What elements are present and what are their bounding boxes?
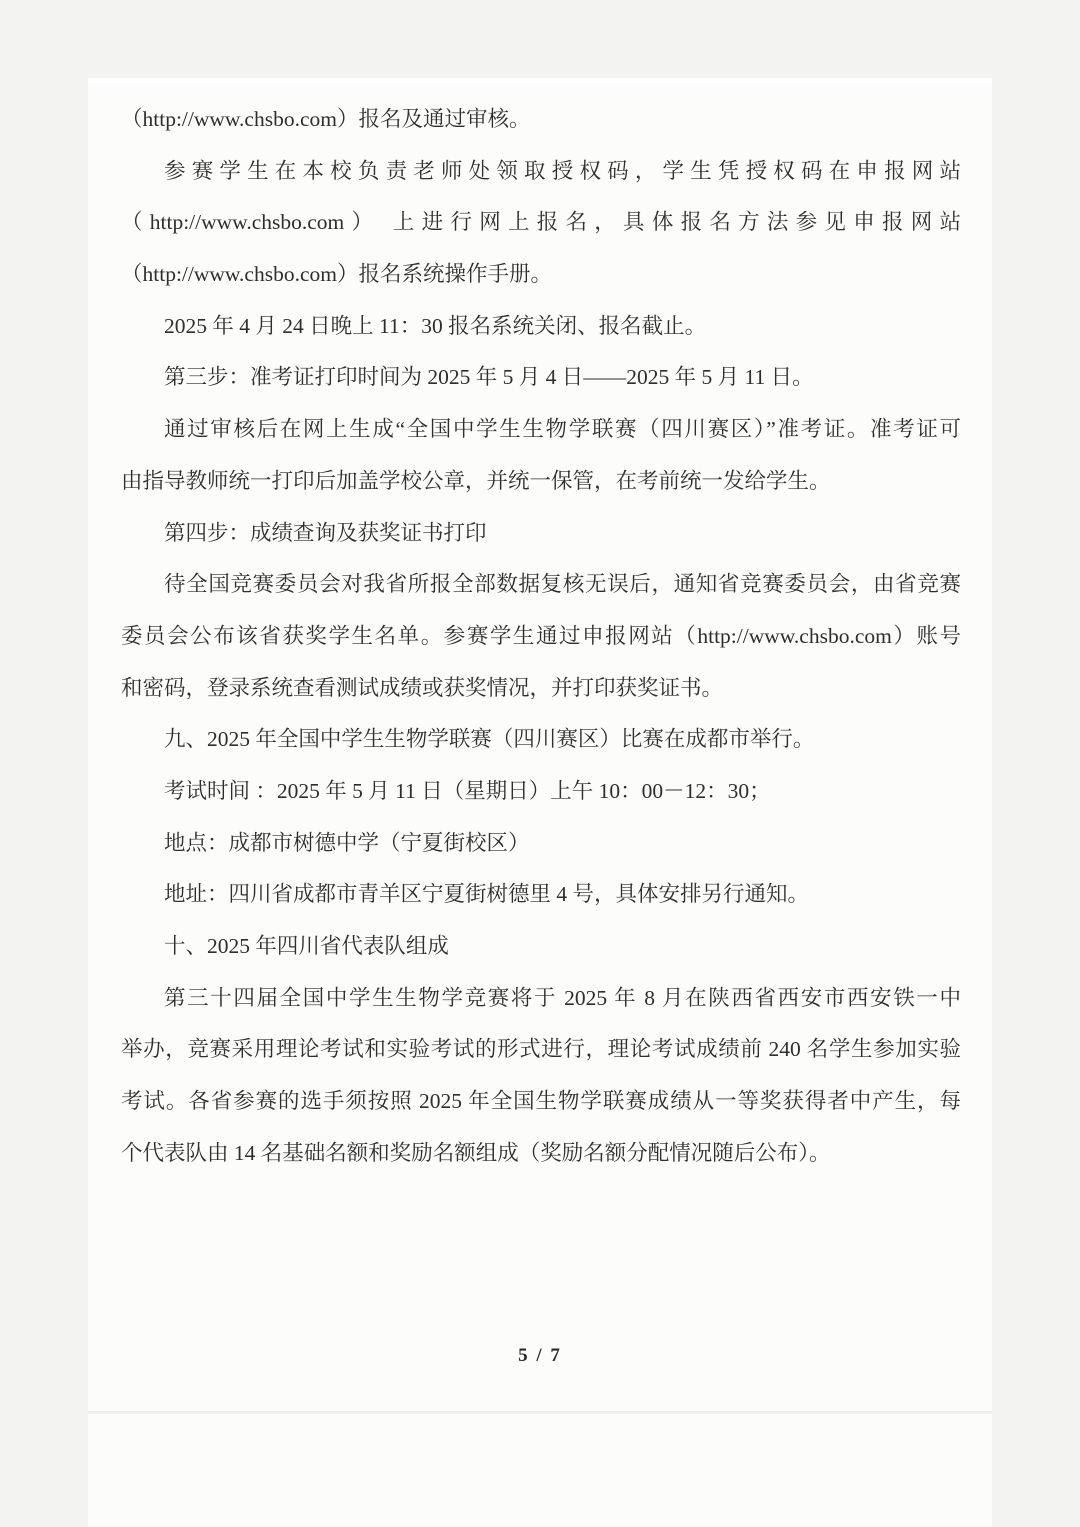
page-content: （http://www.chsbo.com）报名及通过审核。 参赛学生在本校负责… <box>121 94 961 1179</box>
text-line: 举办，竞赛采用理论考试和实验考试的形式进行，理论考试成绩前 240 名学生参加实… <box>121 1024 961 1076</box>
text-line: （http://www.chsbo.com）报名系统操作手册。 <box>121 249 961 301</box>
document-page: （http://www.chsbo.com）报名及通过审核。 参赛学生在本校负责… <box>88 78 992 1527</box>
text-line: 地点：成都市树德中学（宁夏街校区） <box>121 818 961 870</box>
document-viewer: （http://www.chsbo.com）报名及通过审核。 参赛学生在本校负责… <box>0 0 1080 1527</box>
text-line: 和密码，登录系统查看测试成绩或获奖情况，并打印获奖证书。 <box>121 663 961 715</box>
page-top-edge <box>88 78 992 85</box>
text-line: 考试。各省参赛的选手须按照 2025 年全国生物学联赛成绩从一等奖获得者中产生，… <box>121 1076 961 1128</box>
text-line: 第四步：成绩查询及获奖证书打印 <box>121 508 961 560</box>
text-line: 十、2025 年四川省代表队组成 <box>121 921 961 973</box>
text-line: 个代表队由 14 名基础名额和奖励名额组成（奖励名额分配情况随后公布）。 <box>121 1128 961 1180</box>
text-line: 地址：四川省成都市青羊区宁夏街树德里 4 号，具体安排另行通知。 <box>121 869 961 921</box>
text-line: （http://www.chsbo.com）报名及通过审核。 <box>121 94 961 146</box>
text-line: 九、2025 年全国中学生生物学联赛（四川赛区）比赛在成都市举行。 <box>121 714 961 766</box>
text-line: 参赛学生在本校负责老师处领取授权码，学生凭授权码在申报网站 <box>121 146 961 198</box>
text-line: （http://www.chsbo.com） 上进行网上报名，具体报名方法参见申… <box>121 197 961 249</box>
text-line: 第三步：准考证打印时间为 2025 年 5 月 4 日——2025 年 5 月 … <box>121 352 961 404</box>
text-line: 考试时间 ：2025 年 5 月 11 日（星期日）上午 10：00－12：30… <box>121 766 961 818</box>
text-line: 2025 年 4 月 24 日晚上 11：30 报名系统关闭、报名截止。 <box>121 301 961 353</box>
text-line: 待全国竞赛委员会对我省所报全部数据复核无误后，通知省竞赛委员会，由省竞赛 <box>121 559 961 611</box>
text-line: 第三十四届全国中学生生物学竞赛将于 2025 年 8 月在陕西省西安市西安铁一中 <box>121 973 961 1025</box>
text-line: 由指导教师统一打印后加盖学校公章，并统一保管，在考前统一发给学生。 <box>121 456 961 508</box>
page-number: 5 / 7 <box>88 1341 992 1371</box>
text-line: 委员会公布该省获奖学生名单。参赛学生通过申报网站（http://www.chsb… <box>121 611 961 663</box>
text-line: 通过审核后在网上生成“全国中学生生物学联赛（四川赛区）”准考证。准考证可 <box>121 404 961 456</box>
page-divider <box>88 1411 992 1414</box>
